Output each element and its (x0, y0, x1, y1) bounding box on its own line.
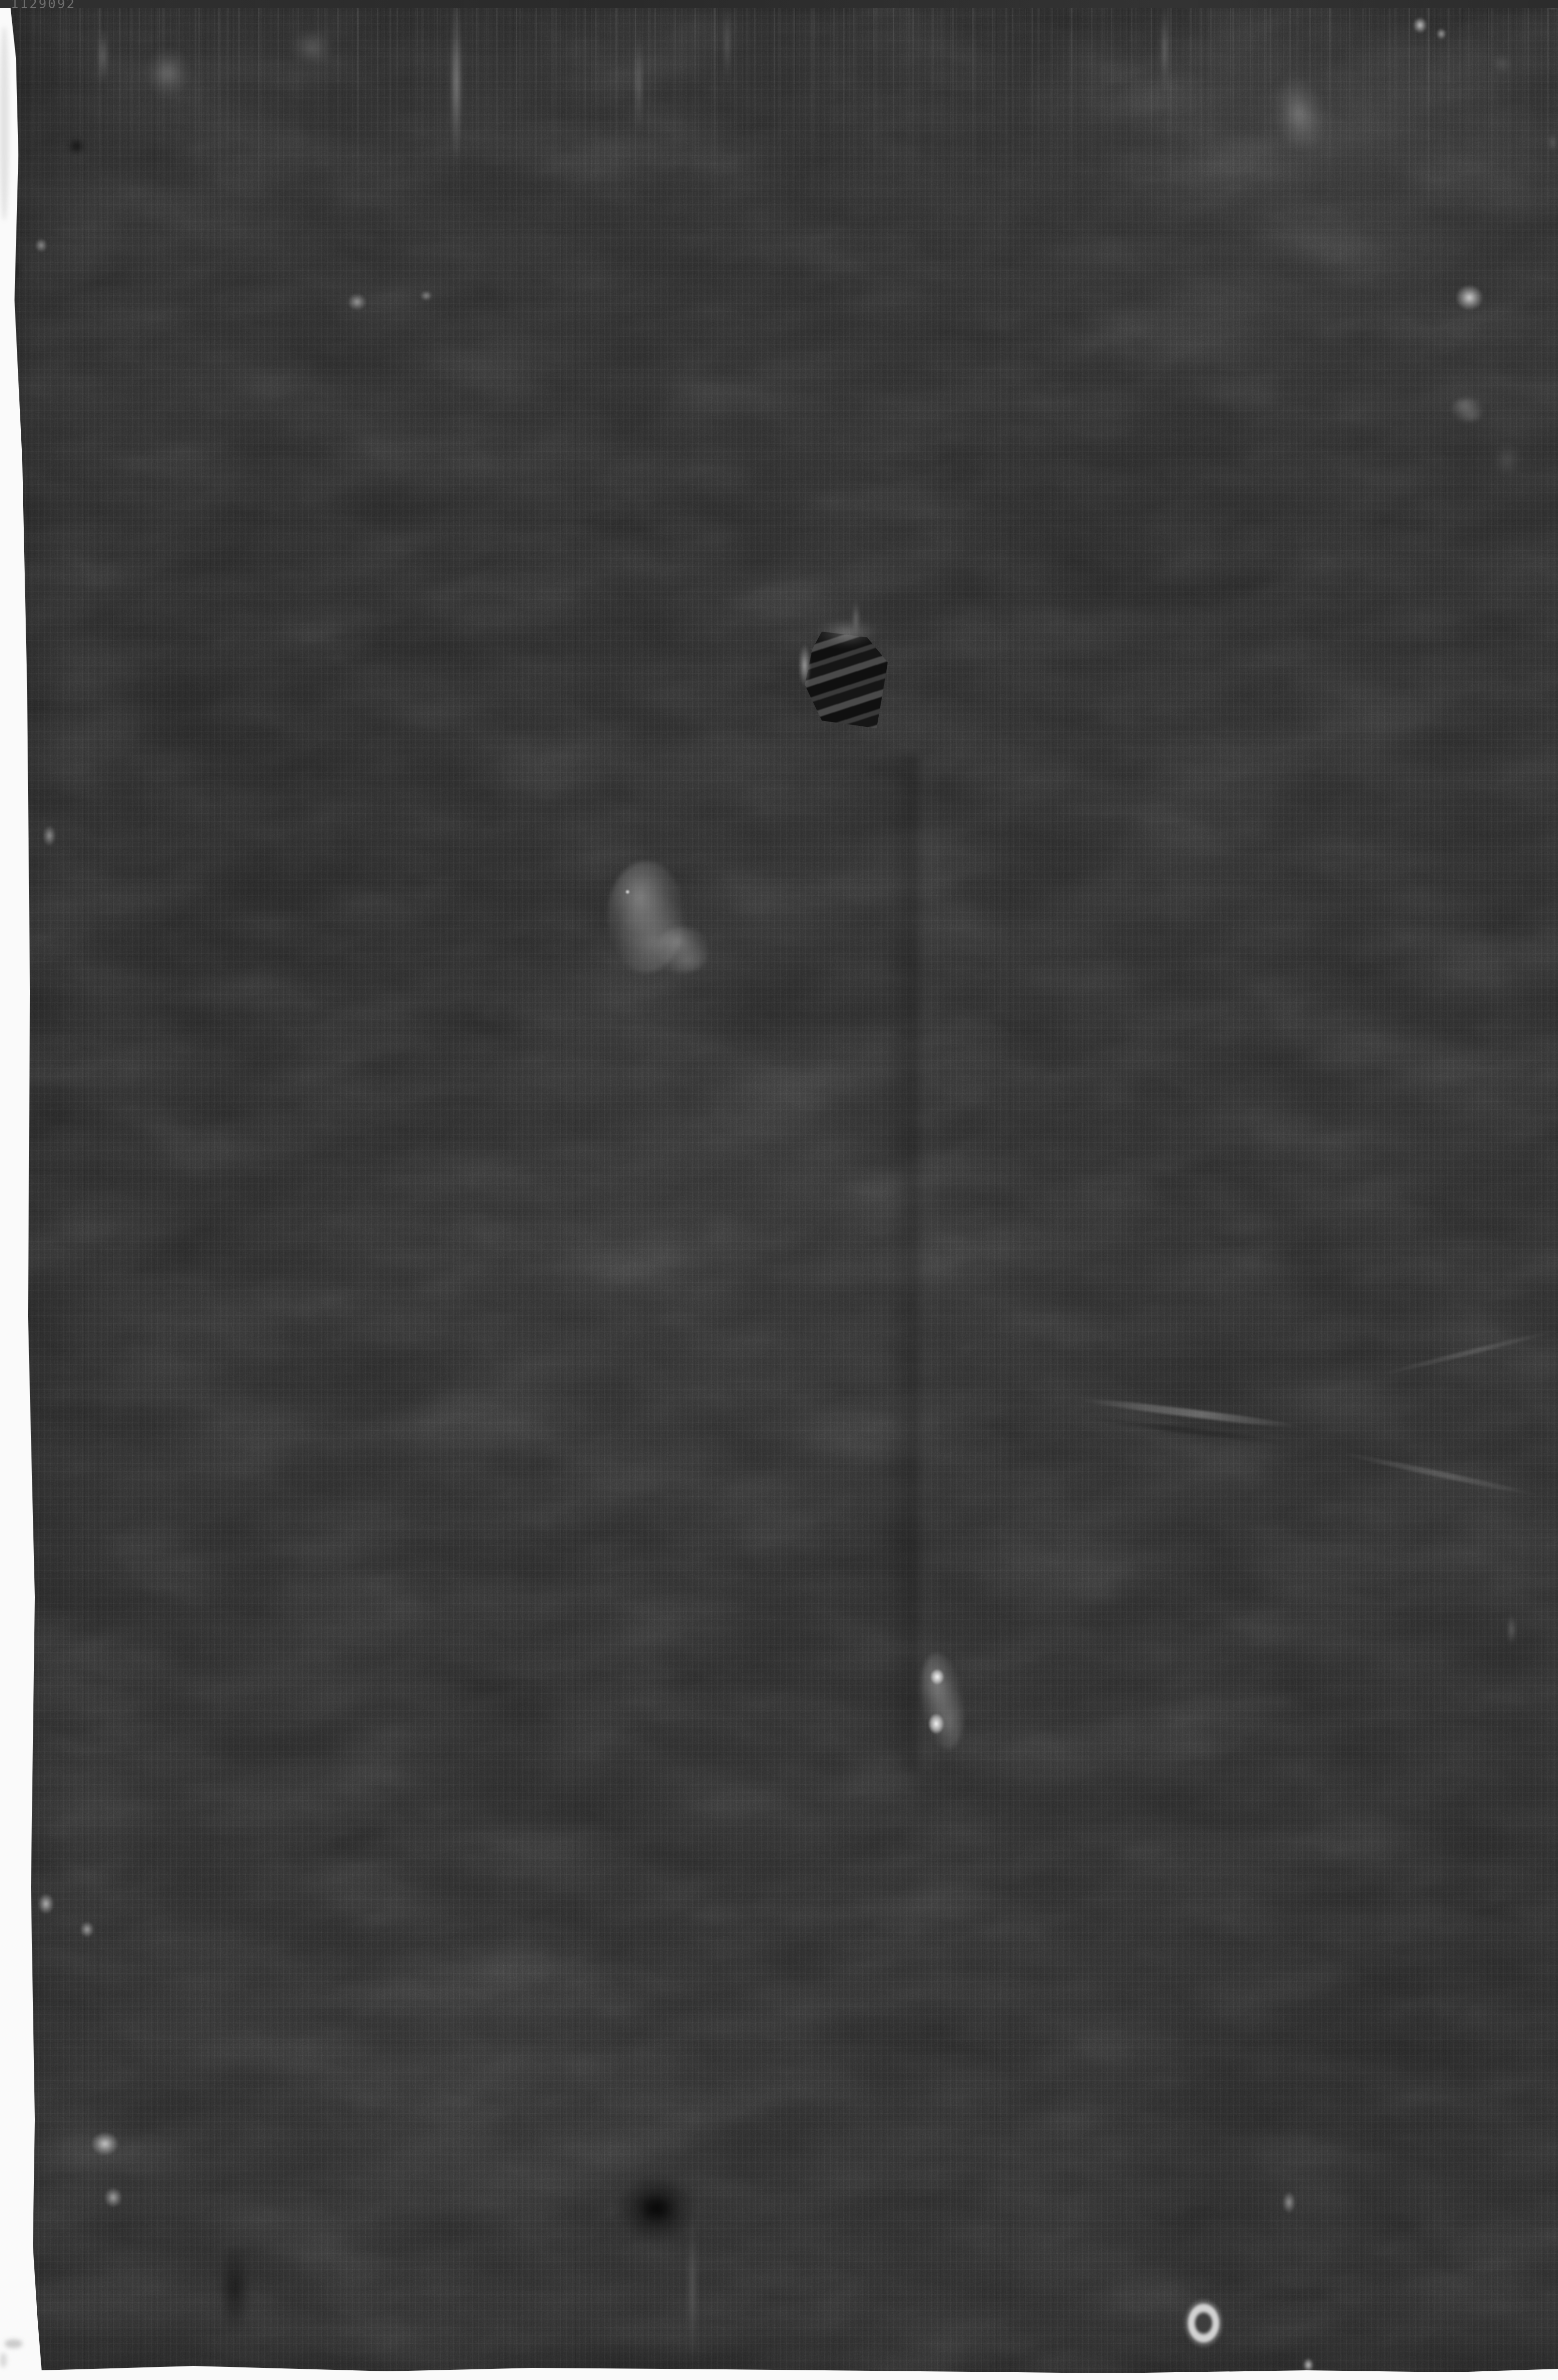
dark-blot-bottom (614, 2175, 697, 2243)
tear-crest (815, 618, 878, 648)
bright-round-right (1455, 285, 1483, 311)
bright-dash-right (1507, 1614, 1516, 1645)
margin-smudge-2 (0, 2353, 7, 2367)
scanned-book-cover-page: 1129092 (0, 0, 1558, 2380)
bright-ring-bottom (1183, 2298, 1224, 2349)
bright-speck-bottom-edge (1303, 2358, 1314, 2372)
cover-grain-texture (0, 0, 1558, 2380)
tear-spike (853, 599, 859, 638)
cover-mottle-texture (0, 0, 1558, 2380)
edge-nick-2 (5, 1523, 21, 1549)
cover-top-streak-texture (0, 0, 1558, 242)
tear-left-highlight (798, 644, 811, 687)
margin-shade-top (0, 27, 9, 220)
crease-diag-1 (1077, 1395, 1303, 1431)
dark-streak-bottom-left (218, 2245, 252, 2333)
scanner-top-band (0, 0, 1558, 8)
bright-pair-2 (420, 290, 433, 301)
bright-pair-1 (347, 293, 367, 311)
crease-diag-1b (1084, 1415, 1291, 1446)
wear-spot-dot-1 (930, 1669, 944, 1685)
spot-bottom-left-3 (91, 2132, 119, 2156)
book-cover-board (0, 0, 1558, 2380)
edge-nick-1 (6, 259, 20, 281)
dark-blot-core (636, 2191, 677, 2225)
wear-spot-center (915, 1650, 969, 1752)
bright-edge-left-2 (43, 825, 56, 846)
tear-patch (794, 632, 888, 728)
wear-spot-dot-2 (928, 1713, 944, 1734)
spot-bottom-left-4 (104, 2187, 122, 2208)
crease-diag-3 (1377, 1327, 1558, 1378)
stain-speck (625, 889, 630, 894)
long-crease-vertical (885, 755, 948, 1771)
streak-bottom-center (686, 2207, 699, 2366)
margin-smudge-1 (5, 2339, 22, 2348)
watermark-id-text: 1129092 (11, 0, 76, 12)
bright-speck-bottom-1 (1282, 2191, 1296, 2214)
spot-bottom-left-2 (80, 1921, 94, 1938)
spot-bottom-left-1 (38, 1893, 54, 1914)
stain-mid-left (607, 861, 685, 973)
stain-mid-left-2 (656, 927, 709, 973)
crease-diag-2 (1337, 1449, 1542, 1498)
light-stain-right-2 (1452, 398, 1483, 422)
light-dots-right-3 (1493, 443, 1522, 477)
